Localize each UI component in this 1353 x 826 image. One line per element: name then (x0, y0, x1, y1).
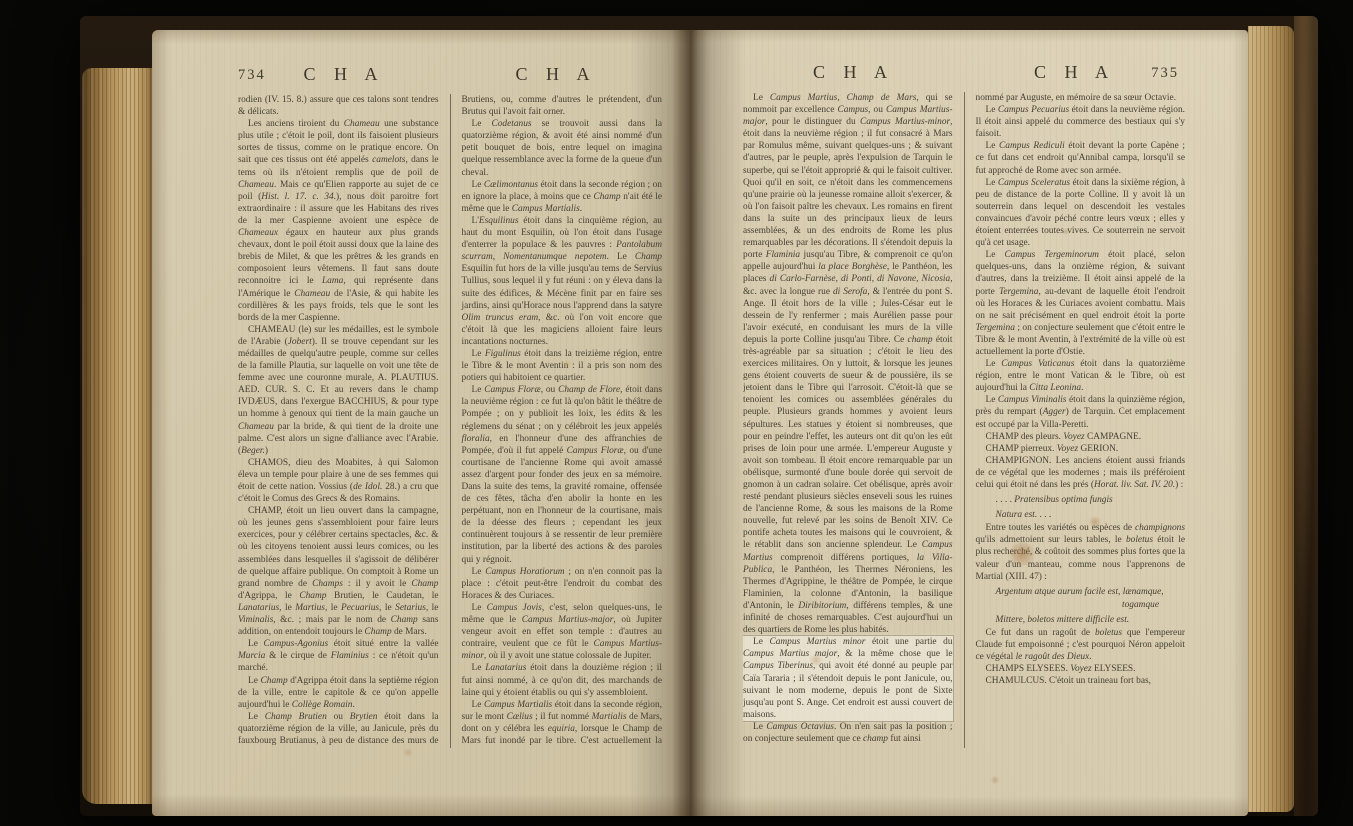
book: 734 C H A C H A rodien (IV. 15. 8.) assu… (80, 16, 1318, 816)
highlighted-paragraph: Le Campus Martius minor étoit une partie… (743, 636, 953, 721)
paragraph: rodien (IV. 15. 8.) assure que ces talon… (238, 94, 439, 118)
paragraph: Le Campus Martius, Champ de Mars, qui se… (743, 92, 953, 636)
photo-backdrop: 734 C H A C H A rodien (IV. 15. 8.) assu… (0, 0, 1353, 826)
paragraph: Le Campus Octavius. On n'en sait pas la … (743, 721, 953, 745)
paragraph: nommé par Auguste, en mémoire de sa sœur… (976, 92, 1186, 104)
paragraph: Ce fut dans un ragoût de boletus que l'e… (976, 627, 1186, 663)
right-page-column-1: Le Campus Martius, Champ de Mars, qui se… (743, 92, 964, 748)
paragraph: Les anciens tiroient du Chameau une subs… (238, 118, 439, 324)
paragraph: Le Codetanus se trouvoit aussi dans la q… (462, 118, 663, 178)
book-cover-right (1294, 16, 1318, 816)
paragraph: CHAMPS ELYSEES. Voyez ELYSEES. (976, 663, 1186, 675)
running-head: C H A (813, 62, 894, 82)
paragraph: Entre toutes les variétés ou espèces de … (976, 522, 1186, 582)
paragraph: CHAMULCUS. C'étoit un traineau fort bas, (976, 675, 1186, 687)
paragraph: Le Campus Horatiorum ; on n'en connoit p… (462, 566, 663, 602)
paragraph: Le Cælimontanus étoit dans la seconde ré… (462, 179, 663, 215)
paragraph: Le Campus Viminalis étoit dans la quinzi… (976, 394, 1186, 430)
paragraph: Natura est. . . . (976, 509, 1186, 521)
paragraph: CHAMOS, dieu des Moabites, à qui Salomon… (238, 457, 439, 505)
paragraph: Mittere, boletos mittere difficile est. (976, 614, 1186, 626)
right-page-text: Le Campus Martius, Champ de Mars, qui se… (743, 92, 1185, 748)
paragraph: Argentum atque aurum facile est, lænamqu… (976, 586, 1186, 598)
paragraph: Le Champ d'Agrippa étoit dans la septièm… (238, 675, 439, 711)
foxing-spot (990, 776, 1000, 784)
right-page-column-2: nommé par Auguste, en mémoire de sa sœur… (964, 92, 1186, 748)
paragraph: . . . . Pratensibus optima fungis (976, 494, 1186, 506)
running-head: C H A (515, 64, 596, 84)
paragraph: Le Figulinus étoit dans la treizième rég… (462, 348, 663, 384)
paragraph: L'Esquilinus étoit dans la cinquième rég… (462, 215, 663, 348)
left-page-column-1: rodien (IV. 15. 8.) assure que ces talon… (238, 94, 450, 748)
running-head: C H A (303, 64, 384, 84)
paragraph: Le Campus Tergeminorum étoit placé, selo… (976, 249, 1186, 358)
paragraph: Brutiens, ou, comme d'autres le prétende… (462, 94, 663, 118)
running-head: C H A (1034, 62, 1115, 82)
left-page-header: 734 C H A C H A (238, 64, 662, 90)
foxing-spot (402, 748, 414, 757)
paragraph: CHAMEAU (le) sur les médailles, est le s… (238, 324, 439, 457)
paragraph: Le Campus Martialis étoit dans la second… (462, 699, 663, 748)
left-page: 734 C H A C H A rodien (IV. 15. 8.) assu… (152, 30, 690, 816)
paragraph: Le Campus Pecuarius étoit dans la neuviè… (976, 104, 1186, 140)
open-spread: 734 C H A C H A rodien (IV. 15. 8.) assu… (152, 30, 1248, 816)
page-number-734: 734 (238, 67, 266, 84)
paragraph: Le Campus Vaticanus étoit dans la quator… (976, 358, 1186, 394)
paragraph: togamque (976, 599, 1186, 611)
paragraph: CHAMPIGNON. Les anciens étoient aussi fr… (976, 455, 1186, 491)
page-block-fore-edge-left (82, 68, 152, 804)
paragraph: Le Campus Floræ, ou Champ de Flore, étoi… (462, 384, 663, 565)
paragraph: CHAMP, étoit un lieu ouvert dans la camp… (238, 505, 439, 638)
paragraph: Le Campus Jovis, c'est, selon quelques-u… (462, 602, 663, 662)
paragraph: Le Champ Brutien ou Brytien étoit dans l… (238, 711, 439, 748)
page-block-fore-edge-right (1248, 26, 1294, 812)
left-page-column-2: Brutiens, ou, comme d'autres le prétende… (450, 94, 663, 748)
paragraph: Le Campus-Agonius étoit situé entre la v… (238, 638, 439, 674)
paragraph: CHAMP pierreux. Voyez GERION. (976, 443, 1186, 455)
right-page-header: C H A C H A 735 (743, 62, 1185, 88)
page-number-735: 735 (1151, 65, 1179, 82)
left-page-text: rodien (IV. 15. 8.) assure que ces talon… (238, 94, 662, 748)
paragraph: Le Lanatarius étoit dans la douzième rég… (462, 662, 663, 698)
paragraph: Le Campus Sceleratus étoit dans la sixiè… (976, 177, 1186, 250)
paragraph: CHAMP des pleurs. Voyez CAMPAGNE. (976, 431, 1186, 443)
right-page: C H A C H A 735 Le Campus Martius, Champ… (690, 30, 1248, 816)
paragraph: Le Campus Rediculi étoit devant la porte… (976, 140, 1186, 176)
